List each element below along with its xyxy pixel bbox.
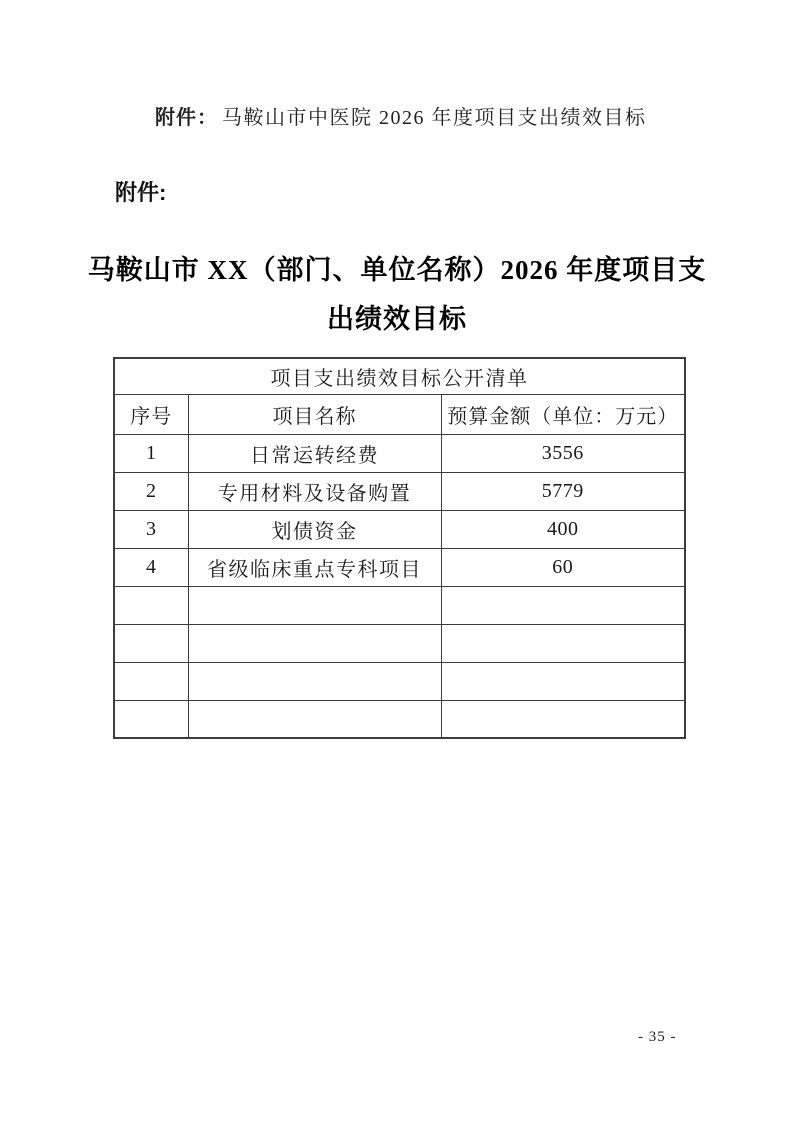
project-name-cell: 专用材料及设备购置 [188,472,441,510]
amount-cell [441,586,685,624]
seq-cell: 2 [114,472,188,510]
table-row-empty [114,700,685,738]
amount-cell: 3556 [441,434,685,472]
table-caption-row: 项目支出绩效目标公开清单 [114,358,685,394]
document-title-line-1: 马鞍山市 XX（部门、单位名称）2026 年度项目支 [57,246,737,295]
table-caption: 项目支出绩效目标公开清单 [114,358,685,394]
project-name-cell [188,624,441,662]
table-row: 2 专用材料及设备购置 5779 [114,472,685,510]
table-row-empty [114,662,685,700]
column-header-name: 项目名称 [188,394,441,434]
attachment-reference-text: 马鞍山市中医院 2026 年度项目支出绩效目标 [222,107,647,129]
amount-cell [441,700,685,738]
table-row-empty [114,624,685,662]
table-row: 4 省级临床重点专科项目 60 [114,548,685,586]
amount-cell: 5779 [441,472,685,510]
document-page: 附件：马鞍山市中医院 2026 年度项目支出绩效目标 附件: 马鞍山市 XX（部… [0,0,794,1123]
project-name-cell [188,700,441,738]
table-row: 1 日常运转经费 3556 [114,434,685,472]
amount-cell [441,624,685,662]
performance-target-table: 项目支出绩效目标公开清单 序号 项目名称 预算金额（单位：万元） 1 日常运转经… [113,357,686,739]
project-name-cell: 划债资金 [188,510,441,548]
table-row-empty [114,586,685,624]
seq-cell [114,624,188,662]
seq-cell [114,586,188,624]
seq-cell [114,662,188,700]
document-title: 马鞍山市 XX（部门、单位名称）2026 年度项目支 出绩效目标 [57,246,737,344]
attachment-reference-prefix: 附件： [155,107,218,129]
document-title-line-2: 出绩效目标 [57,295,737,344]
project-name-cell: 省级临床重点专科项目 [188,548,441,586]
page-number: - 35 - [638,1029,677,1046]
attachment-reference-line: 附件：马鞍山市中医院 2026 年度项目支出绩效目标 [155,101,647,130]
seq-cell: 1 [114,434,188,472]
column-header-amount: 预算金额（单位：万元） [441,394,685,434]
project-name-cell [188,662,441,700]
table-row: 3 划债资金 400 [114,510,685,548]
table-header-row: 序号 项目名称 预算金额（单位：万元） [114,394,685,434]
amount-cell: 60 [441,548,685,586]
project-name-cell [188,586,441,624]
project-name-cell: 日常运转经费 [188,434,441,472]
amount-cell [441,662,685,700]
attachment-label: 附件: [115,176,166,207]
seq-cell [114,700,188,738]
amount-cell: 400 [441,510,685,548]
column-header-seq: 序号 [114,394,188,434]
seq-cell: 4 [114,548,188,586]
seq-cell: 3 [114,510,188,548]
